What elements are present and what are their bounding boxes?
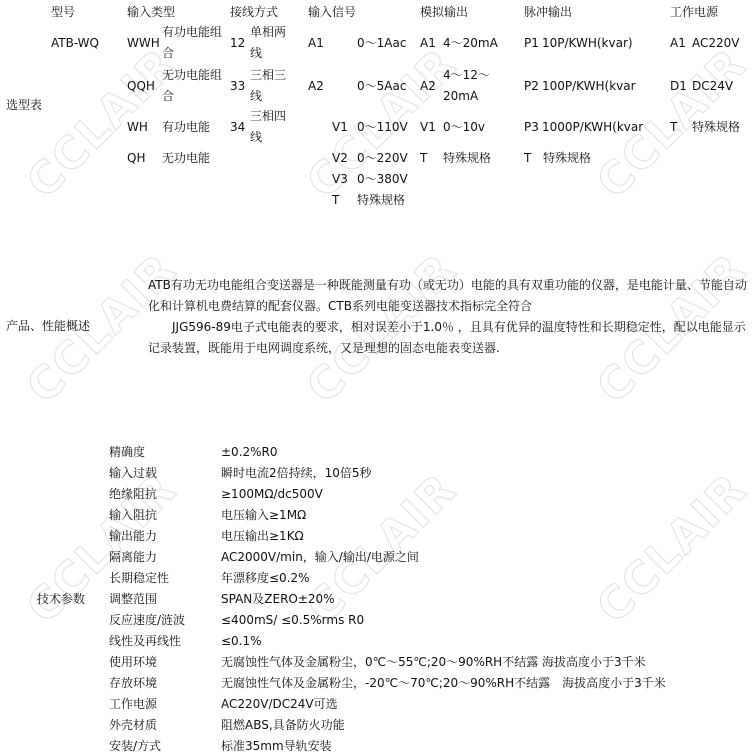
param-name: 输出能力 xyxy=(109,530,157,542)
watermark: CCLAIR xyxy=(590,466,753,631)
param-name: 线性及再线性 xyxy=(109,635,181,647)
wiring-desc: 单相两线 xyxy=(250,22,288,64)
power-supply-code: D1 xyxy=(670,80,687,92)
input-type-desc: 有功电能 xyxy=(162,121,210,133)
section-label-selection: 选型表 xyxy=(6,99,42,111)
param-value: ≥100MΩ/dc500V xyxy=(221,488,323,500)
param-value: AC2000V/min，输入/输出/电源之间 xyxy=(221,551,419,563)
pulse-output-desc: 特殊规格 xyxy=(543,152,591,164)
param-value: 电压输入≥1MΩ xyxy=(221,509,306,521)
wiring-desc: 三相三线 xyxy=(250,65,288,107)
input-signal-desc: 0～110V xyxy=(357,121,408,133)
pulse-output-desc: 1000P/KWH(kvar xyxy=(542,121,643,133)
analog-output-code: T xyxy=(420,152,427,164)
power-supply-desc: 特殊规格 xyxy=(692,121,740,133)
param-name: 绝缘阻抗 xyxy=(109,488,157,500)
input-type-code: WH xyxy=(127,121,148,133)
input-signal-desc: 0～5Aac xyxy=(357,80,406,92)
watermark: CCLAIR xyxy=(20,466,185,631)
section-label-overview: 产品、性能概述 xyxy=(6,320,90,332)
pulse-output-code: P1 xyxy=(524,37,539,49)
input-type-code: QQH xyxy=(127,80,155,92)
header-input-signal: 输入信号 xyxy=(308,6,356,18)
header-model: 型号 xyxy=(51,6,75,18)
param-value: ±0.2%R0 xyxy=(221,446,278,458)
param-name: 调整范围 xyxy=(109,593,157,605)
section-label-tech: 技术参数 xyxy=(37,593,85,605)
model-value: ATB-WQ xyxy=(51,37,99,49)
wiring-desc: 三相四线 xyxy=(250,106,288,148)
param-value: 阻燃ABS,具备防火功能 xyxy=(221,719,345,731)
analog-output-desc: 4～12～20mA xyxy=(443,65,495,107)
param-name: 工作电源 xyxy=(109,698,157,710)
pulse-output-code: T xyxy=(524,152,531,164)
param-name: 隔离能力 xyxy=(109,551,157,563)
pulse-output-code: P3 xyxy=(524,121,539,133)
overview-line: ATB有功无功电能组合变送器是一种既能测量有功（或无功）电能的具有双重功能的仪器… xyxy=(148,275,748,296)
input-type-code: QH xyxy=(127,152,145,164)
input-type-desc: 无功电能组合 xyxy=(162,65,224,107)
input-signal-desc: 0～380V xyxy=(357,173,408,185)
wiring-code: 12 xyxy=(230,37,245,49)
overview-line: 化和计算机电费结算的配套仪器。CTB系列电能变送器技术指标完全符合 xyxy=(148,296,748,317)
input-type-desc: 有功电能组合 xyxy=(162,22,224,64)
param-value: 无腐蚀性气体及金属粉尘，0℃～55℃;20～90%RH不结露 海拔高度小于3千米 xyxy=(221,656,646,668)
param-name: 外壳材质 xyxy=(109,719,157,731)
input-signal-code: V1 xyxy=(332,121,348,133)
power-supply-desc: DC24V xyxy=(692,80,733,92)
param-name: 使用环境 xyxy=(109,656,157,668)
pulse-output-desc: 100P/KWH(kvar xyxy=(542,80,636,92)
watermark: CCLAIR xyxy=(300,466,465,631)
param-value: 标准35mm导轨安装 xyxy=(221,740,332,752)
analog-output-desc: 0～10v xyxy=(443,121,485,133)
param-name: 反应速度/涟波 xyxy=(109,614,185,626)
param-value: ≤400mS/ ≤0.5%rms R0 xyxy=(221,614,364,626)
wiring-code: 33 xyxy=(230,80,245,92)
pulse-output-code: P2 xyxy=(524,80,539,92)
param-value: ≤0.1% xyxy=(221,635,262,647)
param-value: 年漂移度≤0.2% xyxy=(221,572,310,584)
input-signal-code: T xyxy=(332,194,339,206)
header-power-supply: 工作电源 xyxy=(670,6,718,18)
wiring-code: 34 xyxy=(230,121,245,133)
input-signal-desc: 特殊规格 xyxy=(357,194,405,206)
param-value: 电压输出≥1KΩ xyxy=(221,530,304,542)
header-analog-output: 模拟输出 xyxy=(420,6,468,18)
param-name: 安装/方式 xyxy=(109,740,161,752)
analog-output-code: A1 xyxy=(420,37,436,49)
param-name: 精确度 xyxy=(109,446,145,458)
input-signal-code: V2 xyxy=(332,152,348,164)
param-value: AC220V/DC24V可选 xyxy=(221,698,338,710)
analog-output-desc: 特殊规格 xyxy=(443,152,491,164)
analog-output-desc: 4～20mA xyxy=(443,37,498,49)
input-signal-desc: 0～1Aac xyxy=(357,37,406,49)
overview-line: JJG596-89电子式电能表的要求，相对误差小于1.0％ ，且具有优异的温度特… xyxy=(148,317,748,338)
param-value: SPAN及ZERO±20% xyxy=(221,593,335,605)
pulse-output-desc: 10P/KWH(kvar) xyxy=(542,37,633,49)
header-wiring: 接线方式 xyxy=(230,6,278,18)
input-signal-desc: 0～220V xyxy=(357,152,408,164)
input-signal-code: V3 xyxy=(332,173,348,185)
input-type-desc: 无功电能 xyxy=(162,152,210,164)
param-value: 无腐蚀性气体及金属粉尘，-20℃～70℃;20～90%RH不结露 海拔高度小于3… xyxy=(221,677,666,689)
watermark: CCLAIR xyxy=(20,41,185,206)
input-type-code: WWH xyxy=(127,37,160,49)
param-name: 长期稳定性 xyxy=(109,572,169,584)
power-supply-desc: AC220V xyxy=(692,37,740,49)
param-value: 瞬时电流2倍持续，10倍5秒 xyxy=(221,467,372,479)
header-input-type: 输入类型 xyxy=(127,6,175,18)
input-signal-code: A1 xyxy=(308,37,324,49)
analog-output-code: V1 xyxy=(420,121,436,133)
power-supply-code: A1 xyxy=(670,37,686,49)
param-name: 输入过载 xyxy=(109,467,157,479)
power-supply-code: T xyxy=(670,121,677,133)
param-name: 存放环境 xyxy=(109,677,157,689)
overview-line: 记录装置，既能用于电网调度系统，又是理想的固态电能表变送器. xyxy=(148,338,748,359)
param-name: 输入阻抗 xyxy=(109,509,157,521)
header-pulse-output: 脉冲输出 xyxy=(524,6,572,18)
analog-output-code: A2 xyxy=(420,80,436,92)
input-signal-code: A2 xyxy=(308,80,324,92)
